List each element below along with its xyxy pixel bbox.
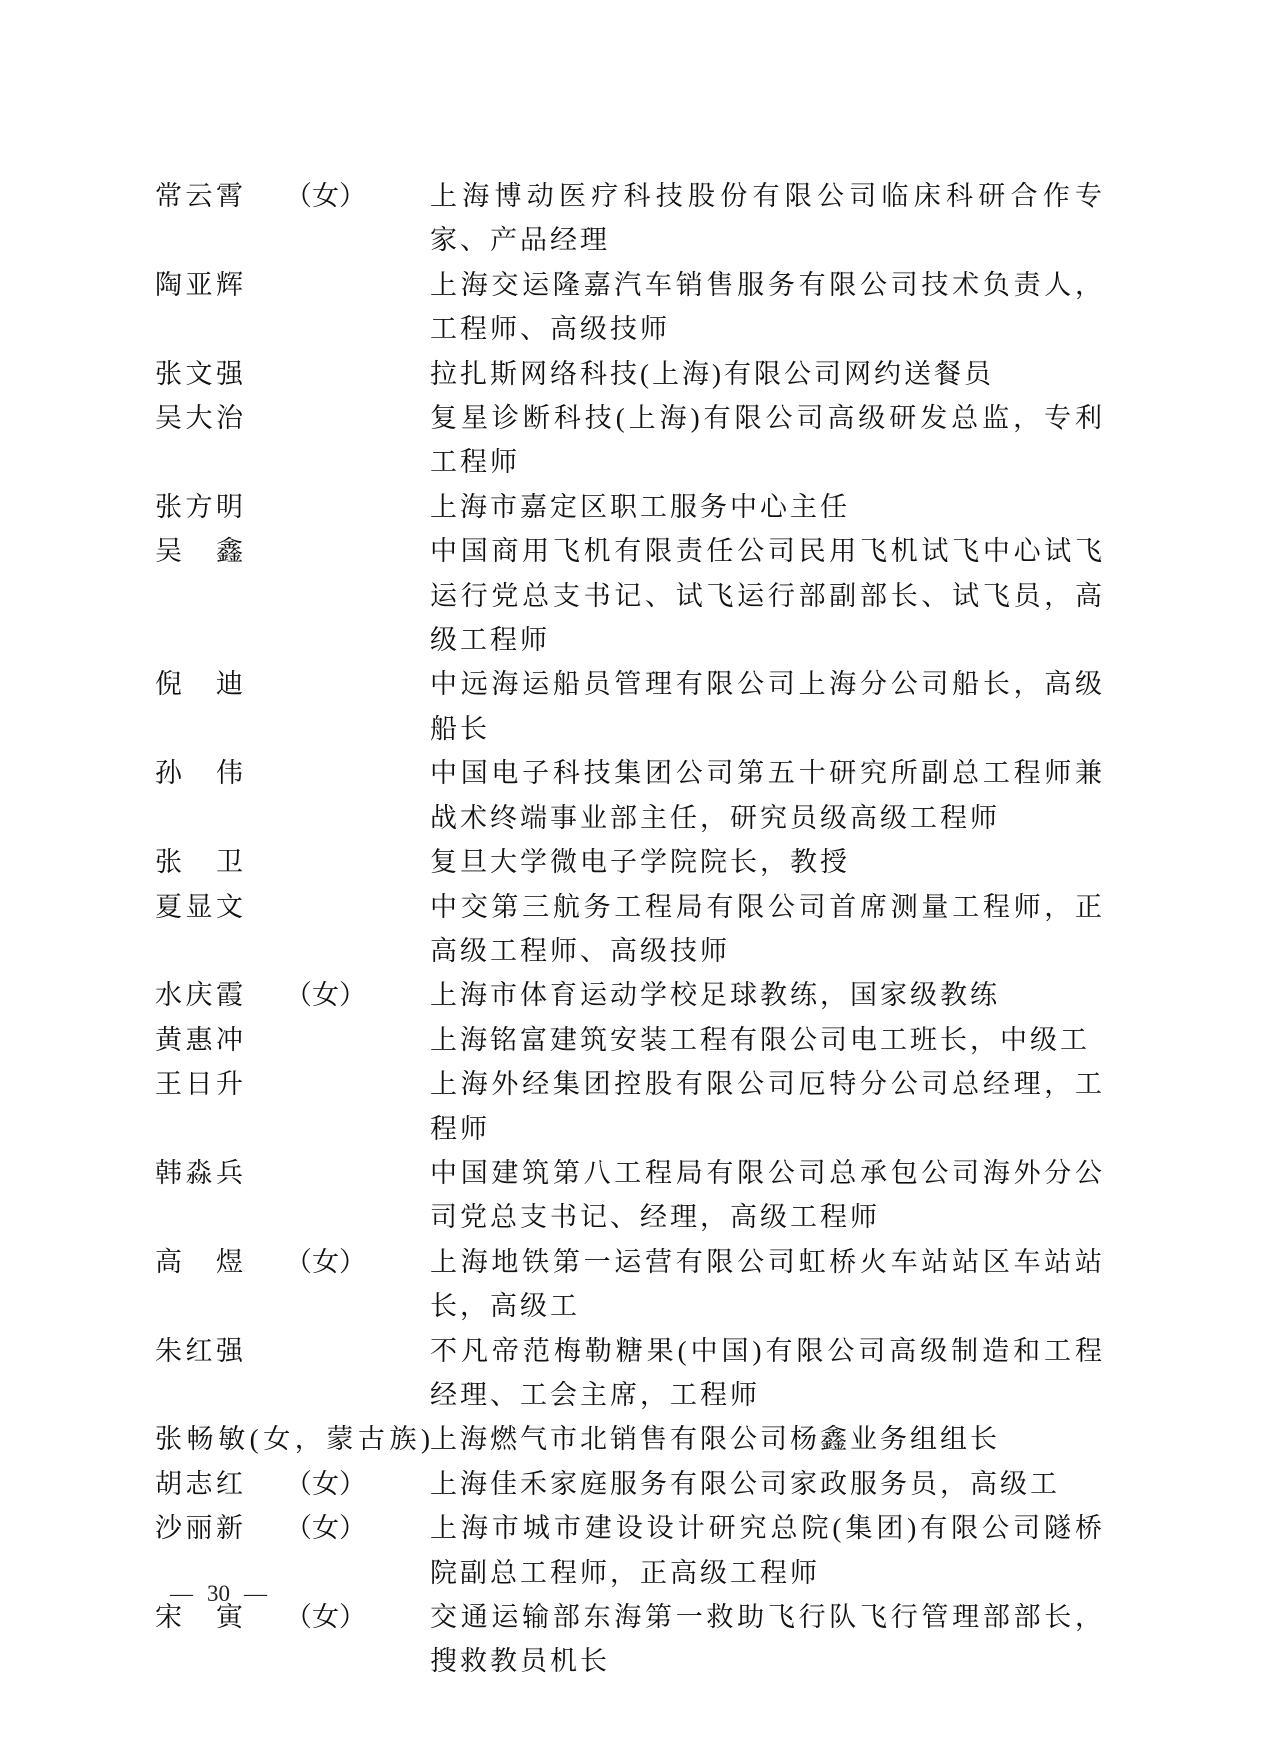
recipient-entry: 宋寅 （女） 交通运输部东海第一救助飞行队飞行管理部部长，搜救教员机长 — [155, 1595, 1105, 1684]
page-footer: — 30 — — [170, 1572, 267, 1616]
recipient-name: 张方明 — [155, 485, 243, 529]
page-number: 30 — [207, 1572, 230, 1616]
recipient-entry: 常云霄 （女） 上海博动医疗科技股份有限公司临床科研合作专家、产品经理 — [155, 174, 1105, 263]
recipient-entry: 张文强 拉扎斯网络科技(上海)有限公司网约送餐员 — [155, 352, 1105, 396]
recipient-name-column: 倪迪 — [155, 662, 430, 706]
recipient-name: 张卫 — [155, 840, 243, 884]
recipient-name: 胡志红 — [155, 1462, 243, 1506]
recipient-name-column: 夏显文 — [155, 885, 430, 929]
recipient-entry: 韩淼兵 中国建筑第八工程局有限公司总承包公司海外分公司党总支书记、经理，高级工程… — [155, 1151, 1105, 1240]
recipient-entry: 夏显文 中交第三航务工程局有限公司首席测量工程师，正高级工程师、高级技师 — [155, 885, 1105, 974]
recipient-title: 交通运输部东海第一救助飞行队飞行管理部部长，搜救教员机长 — [430, 1595, 1105, 1684]
recipient-name: 常云霄 — [155, 174, 243, 218]
document-page: 常云霄 （女） 上海博动医疗科技股份有限公司临床科研合作专家、产品经理 陶亚辉 … — [0, 0, 1280, 1747]
recipient-entry: 孙伟 中国电子科技集团公司第五十研究所副总工程师兼战术终端事业部主任，研究员级高… — [155, 751, 1105, 840]
recipient-title: 上海博动医疗科技股份有限公司临床科研合作专家、产品经理 — [430, 174, 1105, 263]
recipient-name-column: 高煜 （女） — [155, 1240, 430, 1284]
footer-dash-left: — — [170, 1572, 193, 1616]
recipient-name: 张文强 — [155, 352, 243, 396]
recipient-name-column: 黄惠冲 — [155, 1018, 430, 1062]
recipient-name: 朱红强 — [155, 1329, 243, 1373]
recipient-entry: 陶亚辉 上海交运隆嘉汽车销售服务有限公司技术负责人，工程师、高级技师 — [155, 263, 1105, 352]
recipient-name-column: 沙丽新 （女） — [155, 1506, 430, 1550]
recipient-entry: 吴大治 复星诊断科技(上海)有限公司高级研发总监，专利工程师 — [155, 396, 1105, 485]
recipient-name: 夏显文 — [155, 885, 243, 929]
recipient-title: 上海铭富建筑安装工程有限公司电工班长，中级工 — [430, 1018, 1105, 1062]
recipient-name-column: 常云霄 （女） — [155, 174, 430, 218]
recipient-gender: （女） — [285, 174, 366, 218]
recipient-title: 中国商用飞机有限责任公司民用飞机试飞中心试飞运行党总支书记、试飞运行部副部长、试… — [430, 529, 1105, 662]
recipient-entry: 胡志红 （女） 上海佳禾家庭服务有限公司家政服务员，高级工 — [155, 1462, 1105, 1506]
recipient-gender: （女） — [285, 1595, 366, 1639]
recipient-name-column: 王日升 — [155, 1062, 430, 1106]
recipient-gender: （女） — [285, 1506, 366, 1550]
recipient-title: 上海外经集团控股有限公司厄特分公司总经理，工程师 — [430, 1062, 1105, 1151]
recipient-name: 高煜 — [155, 1240, 243, 1284]
recipient-name-column: 孙伟 — [155, 751, 430, 795]
recipient-entry: 吴鑫 中国商用飞机有限责任公司民用飞机试飞中心试飞运行党总支书记、试飞运行部副部… — [155, 529, 1105, 662]
recipient-entry: 沙丽新 （女） 上海市城市建设设计研究总院(集团)有限公司隧桥院副总工程师，正高… — [155, 1506, 1105, 1595]
recipient-name-column: 张方明 — [155, 485, 430, 529]
recipient-entry: 高煜 （女） 上海地铁第一运营有限公司虹桥火车站站区车站站长，高级工 — [155, 1240, 1105, 1329]
recipient-name-column: 胡志红 （女） — [155, 1462, 430, 1506]
recipient-title: 不凡帝范梅勒糖果(中国)有限公司高级制造和工程经理、工会主席，工程师 — [430, 1329, 1105, 1418]
recipient-name: 韩淼兵 — [155, 1151, 243, 1195]
recipient-name: 孙伟 — [155, 751, 243, 795]
recipient-name-column: 朱红强 — [155, 1329, 430, 1373]
recipient-name-column: 陶亚辉 — [155, 263, 430, 307]
recipient-name-column: 韩淼兵 — [155, 1151, 430, 1195]
recipient-title: 中国建筑第八工程局有限公司总承包公司海外分公司党总支书记、经理，高级工程师 — [430, 1151, 1105, 1240]
recipient-entry: 张卫 复旦大学微电子学院院长，教授 — [155, 840, 1105, 884]
recipient-name-column: 张文强 — [155, 352, 430, 396]
recipient-title: 复星诊断科技(上海)有限公司高级研发总监，专利工程师 — [430, 396, 1105, 485]
recipient-entry: 水庆霞 （女） 上海市体育运动学校足球教练，国家级教练 — [155, 973, 1105, 1017]
recipient-name: 吴大治 — [155, 396, 243, 440]
recipient-title: 复旦大学微电子学院院长，教授 — [430, 840, 1105, 884]
recipient-name-column: 吴鑫 — [155, 529, 430, 573]
recipient-title: 上海燃气市北销售有限公司杨鑫业务组组长 — [430, 1417, 1105, 1461]
recipient-gender: （女） — [285, 973, 366, 1017]
recipient-title: 上海市体育运动学校足球教练，国家级教练 — [430, 973, 1105, 1017]
recipient-gender: （女） — [285, 1462, 366, 1506]
recipient-name: 吴鑫 — [155, 529, 243, 573]
recipient-title: 拉扎斯网络科技(上海)有限公司网约送餐员 — [430, 352, 1105, 396]
recipient-name-column: 张卫 — [155, 840, 430, 884]
recipient-name-column: 水庆霞 （女） — [155, 973, 430, 1017]
award-recipient-list: 常云霄 （女） 上海博动医疗科技股份有限公司临床科研合作专家、产品经理 陶亚辉 … — [155, 174, 1105, 1684]
recipient-name: 王日升 — [155, 1062, 243, 1106]
recipient-entry: 倪迪 中远海运船员管理有限公司上海分公司船长，高级船长 — [155, 662, 1105, 751]
recipient-entry: 朱红强 不凡帝范梅勒糖果(中国)有限公司高级制造和工程经理、工会主席，工程师 — [155, 1329, 1105, 1418]
recipient-title: 上海市嘉定区职工服务中心主任 — [430, 485, 1105, 529]
recipient-name: 张畅敏(女，蒙古族) — [155, 1417, 430, 1461]
recipient-name: 沙丽新 — [155, 1506, 243, 1550]
recipient-entry: 王日升 上海外经集团控股有限公司厄特分公司总经理，工程师 — [155, 1062, 1105, 1151]
recipient-gender: （女） — [285, 1240, 366, 1284]
recipient-title: 上海市城市建设设计研究总院(集团)有限公司隧桥院副总工程师，正高级工程师 — [430, 1506, 1105, 1595]
recipient-title: 上海交运隆嘉汽车销售服务有限公司技术负责人，工程师、高级技师 — [430, 263, 1105, 352]
recipient-title: 中交第三航务工程局有限公司首席测量工程师，正高级工程师、高级技师 — [430, 885, 1105, 974]
recipient-name-column: 吴大治 — [155, 396, 430, 440]
recipient-title: 上海佳禾家庭服务有限公司家政服务员，高级工 — [430, 1462, 1105, 1506]
recipient-name: 水庆霞 — [155, 973, 243, 1017]
recipient-name: 倪迪 — [155, 662, 243, 706]
recipient-title: 中远海运船员管理有限公司上海分公司船长，高级船长 — [430, 662, 1105, 751]
recipient-name: 黄惠冲 — [155, 1018, 243, 1062]
footer-dash-right: — — [244, 1572, 267, 1616]
recipient-name-column: 张畅敏(女，蒙古族) — [155, 1417, 430, 1461]
recipient-title: 上海地铁第一运营有限公司虹桥火车站站区车站站长，高级工 — [430, 1240, 1105, 1329]
recipient-entry: 黄惠冲 上海铭富建筑安装工程有限公司电工班长，中级工 — [155, 1018, 1105, 1062]
recipient-entry: 张方明 上海市嘉定区职工服务中心主任 — [155, 485, 1105, 529]
recipient-name: 陶亚辉 — [155, 263, 243, 307]
recipient-title: 中国电子科技集团公司第五十研究所副总工程师兼战术终端事业部主任，研究员级高级工程… — [430, 751, 1105, 840]
recipient-entry: 张畅敏(女，蒙古族) 上海燃气市北销售有限公司杨鑫业务组组长 — [155, 1417, 1105, 1461]
